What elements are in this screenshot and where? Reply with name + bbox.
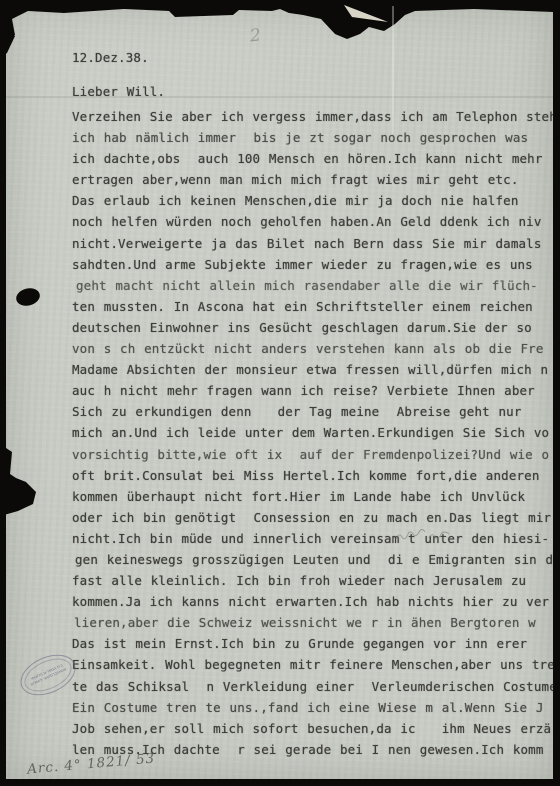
scanned-letter: 2 12.Dez.38. Lieber Will. Verzeihen Sie …: [0, 0, 560, 786]
letter-line: nicht.Verweigerte ja das Bilet nach Bern…: [72, 233, 553, 254]
letter-line: vorsichtig bitte,wie oft ix auf der Frem…: [72, 444, 553, 465]
letter-line: oft brit.Consulat bei Miss Hertel.Ich ko…: [72, 465, 553, 486]
pencil-scribble-annotation: [395, 529, 451, 545]
letter-line: Job sehen,er soll mich sofort besuchen,d…: [72, 718, 553, 739]
letter-line: ten mussten. In Ascona hat ein Schriftst…: [72, 296, 553, 317]
letter-line: ich hab nämlich immer bis je zt sogar no…: [72, 127, 553, 148]
letter-line: ertragen aber,wenn man mich mich fragt w…: [72, 169, 553, 190]
letter-line: auc h nicht mehr fragen wann ich reise? …: [72, 380, 553, 401]
letter-line: Das erlaub ich keinen Menschen,die mir j…: [72, 190, 553, 211]
letter-line: oder ich bin genötigt Consession en zu m…: [72, 507, 553, 528]
letter-line: kommen überhaupt nicht fort.Hier im Land…: [72, 486, 553, 507]
letter-date: 12.Dez.38.: [72, 50, 149, 65]
letter-line: deutschen Einwohner ins Gesücht geschlag…: [72, 317, 553, 338]
letter-line: ich dachte,obs auch 100 Mensch en hören.…: [72, 148, 553, 169]
letter-line: von s ch entzückt nicht anders verstehen…: [72, 338, 553, 359]
letter-line: noch helfen würden noch geholfen haben.A…: [72, 211, 553, 232]
letter-line: fast alle kleinlich. Ich bin froh wieder…: [72, 570, 553, 591]
letter-line: Sich zu erkundigen denn der Tag meine Ab…: [72, 401, 553, 422]
letter-line: nicht.Ich bin müde und innerlich vereins…: [72, 528, 553, 549]
letter-line: Das ist mein Ernst.Ich bin zu Grunde geg…: [72, 633, 553, 654]
letter-line: gen keineswegs grosszügigen Leuten und d…: [72, 549, 553, 570]
letter-salutation: Lieber Will.: [72, 84, 165, 99]
letter-line: te das Schiksal n Verkleidung einer Verl…: [72, 676, 553, 697]
letter-line: geht macht nicht allein mich rasendaber …: [72, 275, 553, 296]
letter-line: lieren,aber die Schweiz weissnicht we r …: [72, 612, 553, 633]
letter-line: Einsamkeit. Wohl begegneten mitr feinere…: [72, 654, 553, 675]
letter-content: 2 12.Dez.38. Lieber Will. Verzeihen Sie …: [0, 0, 553, 780]
letter-line: Verzeihen Sie aber ich vergess immer,das…: [72, 106, 553, 127]
letter-line: sahdten.Und arme Subjekte immer wieder z…: [72, 254, 553, 275]
letter-line: Madame Absichten der monsieur etwa fress…: [72, 359, 553, 380]
letter-line: mich an.Und ich leide unter dem Warten.E…: [72, 422, 553, 443]
page-number: 2: [249, 25, 262, 46]
letter-body: Verzeihen Sie aber ich vergess immer,das…: [72, 106, 553, 760]
letter-line: Ein Costume tren te uns.,fand ich eine W…: [72, 697, 553, 718]
letter-line: kommen.Ja ich kanns nicht erwarten.Ich h…: [72, 591, 553, 612]
